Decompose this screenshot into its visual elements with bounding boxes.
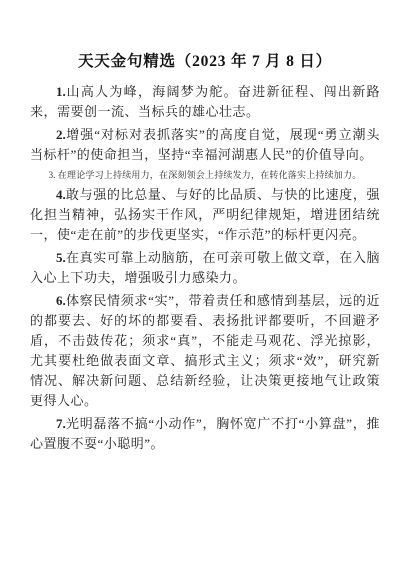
paragraph-2-number: 2. bbox=[56, 127, 66, 142]
paragraph-1: 1.山高人为峰，海阔梦为舵。奋进新征程、闯出新路来，需要创一流、当标兵的雄心壮志… bbox=[30, 82, 380, 122]
paragraph-2: 2.增强“对标对表抓落实”的高度自觉，展现“勇立潮头当标杆”的使命担当，坚持“幸… bbox=[30, 125, 380, 165]
paragraph-5: 5.在真实可靠上动脑筋，在可亲可敬上做文章，在入脑入心上下功夫，增强吸引力感染力… bbox=[30, 248, 380, 288]
paragraph-4: 4.敢与强的比总量、与好的比品质、与快的比速度，强化担当精神，弘扬实干作风，严明… bbox=[30, 185, 380, 245]
paragraph-7-text: 光明磊落不搞“小动作”，胸怀宽广不打“小算盘”，推心置腹不耍“小聪明”。 bbox=[30, 416, 380, 451]
paragraph-5-number: 5. bbox=[56, 250, 66, 265]
paragraph-1-number: 1. bbox=[56, 84, 66, 99]
paragraph-6-text: 体察民情须求“实”，带着责任和感情到基层，远的近的都要去、好的坏的都要看、表扬批… bbox=[30, 293, 380, 408]
paragraph-6-number: 6. bbox=[56, 293, 66, 308]
paragraph-3-text: 在理论学习上持续用力，在深刻领会上持续发力，在转化落实上持续加力。 bbox=[55, 170, 361, 180]
paragraph-4-text: 敢与强的比总量、与好的比品质、与快的比速度，强化担当精神，弘扬实干作风，严明纪律… bbox=[30, 187, 380, 242]
paragraph-3: 3. 在理论学习上持续用力，在深刻领会上持续发力，在转化落实上持续加力。 bbox=[30, 168, 380, 182]
paragraph-4-number: 4. bbox=[56, 187, 66, 202]
paragraph-2-text: 增强“对标对表抓落实”的高度自觉，展现“勇立潮头当标杆”的使命担当，坚持“幸福河… bbox=[30, 127, 380, 162]
paragraph-6: 6.体察民情须求“实”，带着责任和感情到基层，远的近的都要去、好的坏的都要看、表… bbox=[30, 291, 380, 411]
paragraph-7-number: 7. bbox=[56, 416, 66, 431]
paragraph-1-text: 山高人为峰，海阔梦为舵。奋进新征程、闯出新路来，需要创一流、当标兵的雄心壮志。 bbox=[30, 84, 380, 119]
paragraph-5-text: 在真实可靠上动脑筋，在可亲可敬上做文章，在入脑入心上下功夫，增强吸引力感染力。 bbox=[30, 250, 380, 285]
document-title: 天天金句精选（2023 年 7 月 8 日） bbox=[30, 52, 380, 72]
document-page: 天天金句精选（2023 年 7 月 8 日） 1.山高人为峰，海阔梦为舵。奋进新… bbox=[0, 0, 410, 580]
paragraph-7: 7.光明磊落不搞“小动作”，胸怀宽广不打“小算盘”，推心置腹不耍“小聪明”。 bbox=[30, 414, 380, 454]
